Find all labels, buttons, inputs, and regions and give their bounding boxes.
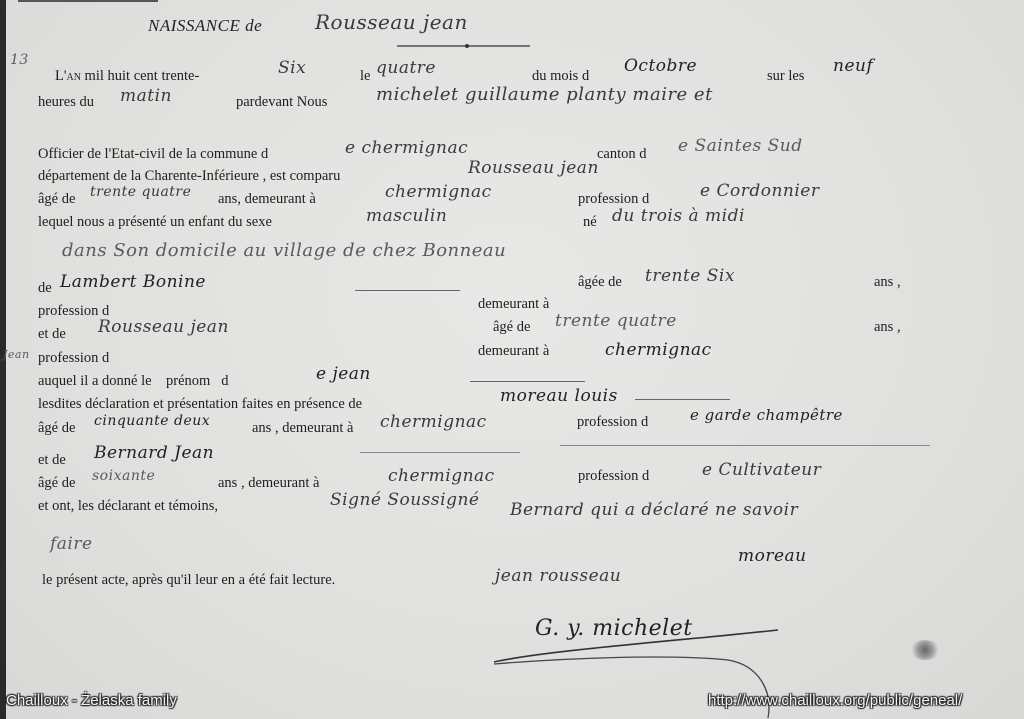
handwritten-place: dans Son domicile au village de chez Bon…: [62, 240, 506, 261]
birth-record-page: NAISSANCE de Rousseau jean 13 L'an mil h…: [0, 0, 1024, 719]
printed-text: département de la Charente-Inférieure , …: [38, 168, 340, 185]
printed-text: âgé de: [38, 191, 75, 208]
handwritten-witness1-residence: chermignac: [380, 412, 487, 432]
printed-text: profession d: [578, 468, 649, 485]
printed-text: et de: [38, 326, 66, 343]
handwritten-witness2-age: soixante: [92, 468, 155, 484]
printed-text: de: [38, 280, 52, 297]
handwritten-father-name: Rousseau jean: [98, 317, 229, 337]
printed-text: demeurant à: [478, 343, 549, 360]
handwritten-witness1: moreau louis: [500, 386, 618, 406]
handwritten-mother-age: trente Six: [645, 266, 735, 286]
handwritten-time: matin: [120, 86, 172, 106]
printed-text: Officier de l'Etat-civil de la commune d: [38, 146, 268, 163]
printed-text: âgée de: [578, 274, 622, 291]
blank-line: [360, 452, 520, 453]
printed-text: lequel nous a présenté un enfant du sexe: [38, 214, 272, 231]
printed-text: demeurant à: [478, 296, 549, 313]
printed-text: canton d: [597, 146, 647, 163]
margin-note: Jean: [3, 348, 30, 361]
handwritten-declarant: Rousseau jean: [468, 158, 599, 178]
printed-text: ans, demeurant à: [218, 191, 316, 208]
printed-text: âgé de: [38, 420, 75, 437]
handwritten-sex: masculin: [366, 206, 447, 226]
handwritten-father-age: trente quatre: [555, 311, 677, 331]
title-name: Rousseau jean: [315, 10, 468, 34]
handwritten-witness2-residence: chermignac: [388, 466, 495, 486]
printed-text: et de: [38, 452, 66, 469]
handwritten-profession: e Cordonnier: [700, 181, 819, 201]
printed-text: L'an mil huit cent trente-: [55, 68, 199, 85]
printed-text: du mois d: [532, 68, 589, 85]
printed-text: ans ,: [874, 274, 901, 291]
margin-number: 13: [10, 52, 29, 68]
record-title: NAISSANCE de: [148, 16, 262, 36]
handwritten-signature-witness: moreau: [738, 546, 807, 566]
blank-line: [470, 381, 585, 382]
handwritten-witness2: Bernard Jean: [94, 443, 214, 463]
handwritten-declaration: Bernard qui a déclaré ne savoir: [510, 500, 798, 520]
printed-text: ans , demeurant à: [252, 420, 353, 437]
watermark-family: Chailloux - Żelaska family: [6, 692, 177, 709]
handwritten-year: Six: [278, 58, 306, 78]
printed-text: heures du: [38, 94, 94, 111]
printed-text: et ont, les déclarant et témoins,: [38, 498, 218, 515]
printed-text: profession d: [577, 414, 648, 431]
printed-text: le: [360, 68, 370, 85]
printed-text: lesdites déclaration et présentation fai…: [38, 396, 362, 413]
handwritten-canton: e Saintes Sud: [678, 136, 803, 156]
blank-line: [355, 290, 460, 291]
handwritten-mother-name: Lambert Bonine: [60, 272, 206, 292]
handwritten-officer: michelet guillaume planty maire et: [376, 84, 713, 105]
handwritten-witness1-profession: e garde champêtre: [690, 406, 843, 424]
printed-text: âgé de: [38, 475, 75, 492]
top-rule: [18, 0, 158, 2]
handwritten-hour: neuf: [833, 56, 873, 76]
handwritten-given-name: e jean: [316, 364, 371, 384]
printed-text: auquel il a donné le prénom d: [38, 373, 228, 390]
handwritten-father-residence: chermignac: [605, 340, 712, 360]
handwritten-month: Octobre: [624, 56, 697, 76]
handwritten-commune: e chermignac: [345, 138, 468, 158]
handwritten-witness2-profession: e Cultivateur: [702, 460, 821, 480]
printed-text: ans ,: [874, 319, 901, 336]
handwritten-birth-time: du trois à midi: [612, 206, 745, 226]
printed-text: âgé de: [493, 319, 530, 336]
blank-line: [560, 445, 930, 446]
printed-text: le présent acte, après qu'il leur en a é…: [42, 572, 335, 589]
printed-text: ans , demeurant à: [218, 475, 319, 492]
printed-text: profession d: [38, 350, 109, 367]
handwritten-residence: chermignac: [385, 182, 492, 202]
title-underline: [395, 38, 535, 54]
printed-text: né: [583, 214, 597, 231]
handwritten-signed: Signé Soussigné: [330, 490, 480, 510]
handwritten-witness1-age: cinquante deux: [94, 413, 210, 429]
printed-text: pardevant Nous: [236, 94, 327, 111]
blank-line: [635, 399, 730, 400]
handwritten-faire: faire: [50, 534, 93, 554]
watermark-url[interactable]: http://www.chailloux.org/public/geneal/: [708, 692, 962, 709]
printed-text: sur les: [767, 68, 804, 85]
handwritten-age: trente quatre: [90, 184, 191, 200]
handwritten-day: quatre: [376, 58, 436, 78]
ink-stain: [910, 640, 940, 660]
handwritten-signature-declarant: jean rousseau: [495, 566, 621, 586]
